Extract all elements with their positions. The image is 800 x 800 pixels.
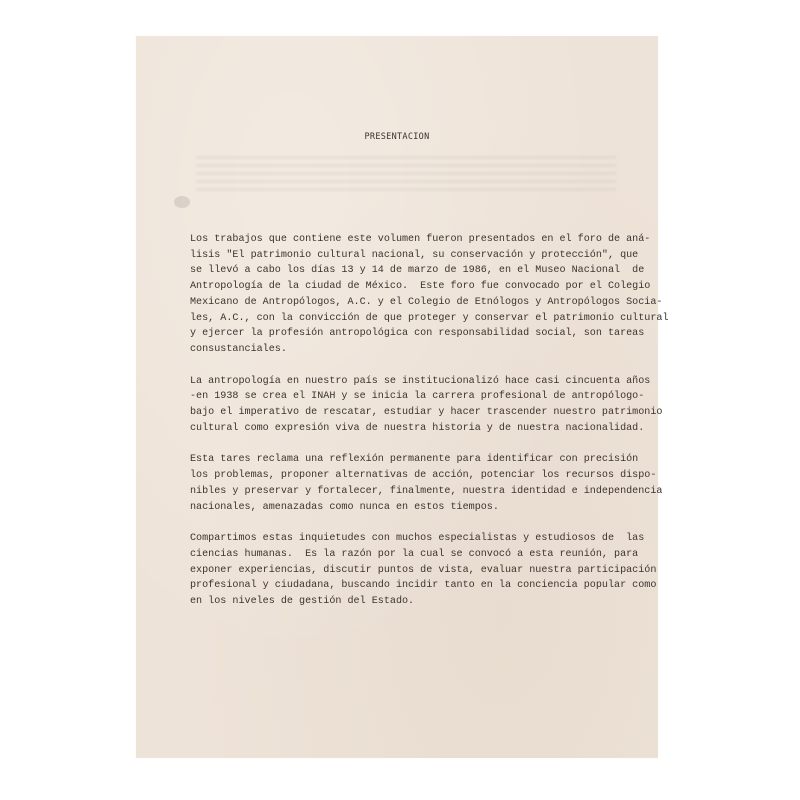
text-line: nibles y preservar y fortalecer, finalme… bbox=[190, 484, 610, 500]
paragraph-3: Esta tares reclama una reflexión permane… bbox=[190, 452, 610, 515]
paragraph-2: La antropología en nuestro país se insti… bbox=[190, 374, 610, 437]
text-line: cultural como expresión viva de nuestra … bbox=[190, 421, 610, 437]
text-line: Antropología de la ciudad de México. Est… bbox=[190, 279, 610, 295]
text-line: consustanciales. bbox=[190, 342, 610, 358]
text-line: Mexicano de Antropólogos, A.C. y el Cole… bbox=[190, 295, 610, 311]
text-line: profesional y ciudadana, buscando incidi… bbox=[190, 578, 610, 594]
text-line: los problemas, proponer alternativas de … bbox=[190, 468, 610, 484]
document-page: PRESENTACION Los trabajos que contiene e… bbox=[136, 36, 658, 758]
text-line: lisis "El patrimonio cultural nacional, … bbox=[190, 248, 610, 264]
paragraph-1: Los trabajos que contiene este volumen f… bbox=[190, 232, 610, 358]
bleed-through-text bbox=[196, 156, 616, 196]
paper-smudge bbox=[174, 196, 190, 208]
text-line: bajo el imperativo de rescatar, estudiar… bbox=[190, 405, 610, 421]
text-line: Compartimos estas inquietudes con muchos… bbox=[190, 531, 610, 547]
page-title: PRESENTACION bbox=[136, 132, 658, 142]
text-line: Esta tares reclama una reflexión permane… bbox=[190, 452, 610, 468]
text-line: -en 1938 se crea el INAH y se inicia la … bbox=[190, 389, 610, 405]
text-line: les, A.C., con la convicción de que prot… bbox=[190, 311, 610, 327]
text-line: ciencias humanas. Es la razón por la cua… bbox=[190, 547, 610, 563]
text-line: en los niveles de gestión del Estado. bbox=[190, 594, 610, 610]
text-line: nacionales, amenazadas como nunca en est… bbox=[190, 500, 610, 516]
text-line: La antropología en nuestro país se insti… bbox=[190, 374, 610, 390]
body-text: Los trabajos que contiene este volumen f… bbox=[190, 232, 610, 626]
text-line: exponer experiencias, discutir puntos de… bbox=[190, 563, 610, 579]
text-line: y ejercer la profesión antropológica con… bbox=[190, 326, 610, 342]
text-line: Los trabajos que contiene este volumen f… bbox=[190, 232, 610, 248]
paragraph-4: Compartimos estas inquietudes con muchos… bbox=[190, 531, 610, 610]
text-line: se llevó a cabo los días 13 y 14 de marz… bbox=[190, 263, 610, 279]
